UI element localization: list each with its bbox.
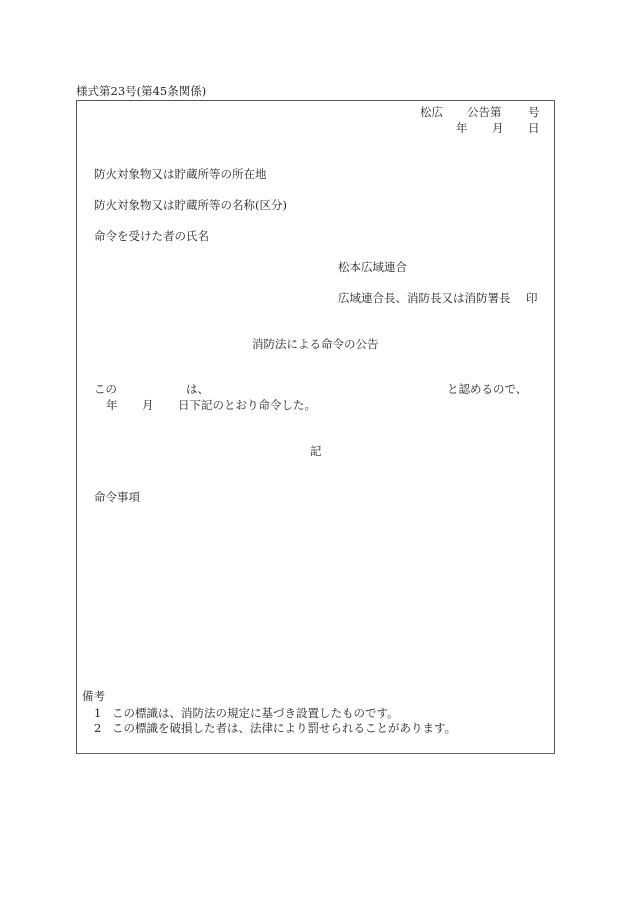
name-label: 防火対象物又は貯蔵所等の名称(区分): [94, 198, 287, 212]
issuer-title: 広域連合長、消防長又は消防署長: [338, 291, 511, 305]
seal-mark: 印: [526, 291, 538, 305]
note-text: この標識は、消防法の規定に基づき設置したものです。: [112, 706, 399, 720]
location-label: 防火対象物又は貯蔵所等の所在地: [94, 167, 267, 181]
issuer-organization: 松本広域連合: [338, 260, 407, 274]
notice-number-suffix: 号: [528, 105, 540, 119]
document-title: 消防法による命令の公告: [252, 337, 379, 351]
body-line2-rest: 日下記のとおり命令した。: [178, 398, 316, 412]
notice-number-label: 公告第: [467, 105, 502, 119]
note-number: 2: [94, 721, 101, 735]
note-number: 1: [94, 706, 101, 720]
date-month: 月: [492, 121, 504, 135]
form-number-label: 様式第23号(第45条関係): [76, 84, 206, 98]
note-text: この標識を破損した者は、法律により罰せられることがあります。: [112, 721, 456, 735]
recipient-label: 命令を受けた者の氏名: [94, 229, 209, 243]
notes-heading: 備考: [82, 689, 105, 703]
date-year: 年: [456, 121, 468, 135]
issuer-prefix: 松広: [420, 105, 443, 119]
body-line1-end: と認めるので、: [447, 382, 527, 396]
body-line1-mid: は、: [186, 382, 209, 396]
body-line2-year: 年: [106, 398, 118, 412]
ki-mark: 記: [310, 444, 322, 458]
body-line2-month: 月: [142, 398, 154, 412]
order-items-label: 命令事項: [94, 490, 140, 504]
body-line1-start: この: [94, 382, 117, 396]
date-day: 日: [528, 121, 540, 135]
